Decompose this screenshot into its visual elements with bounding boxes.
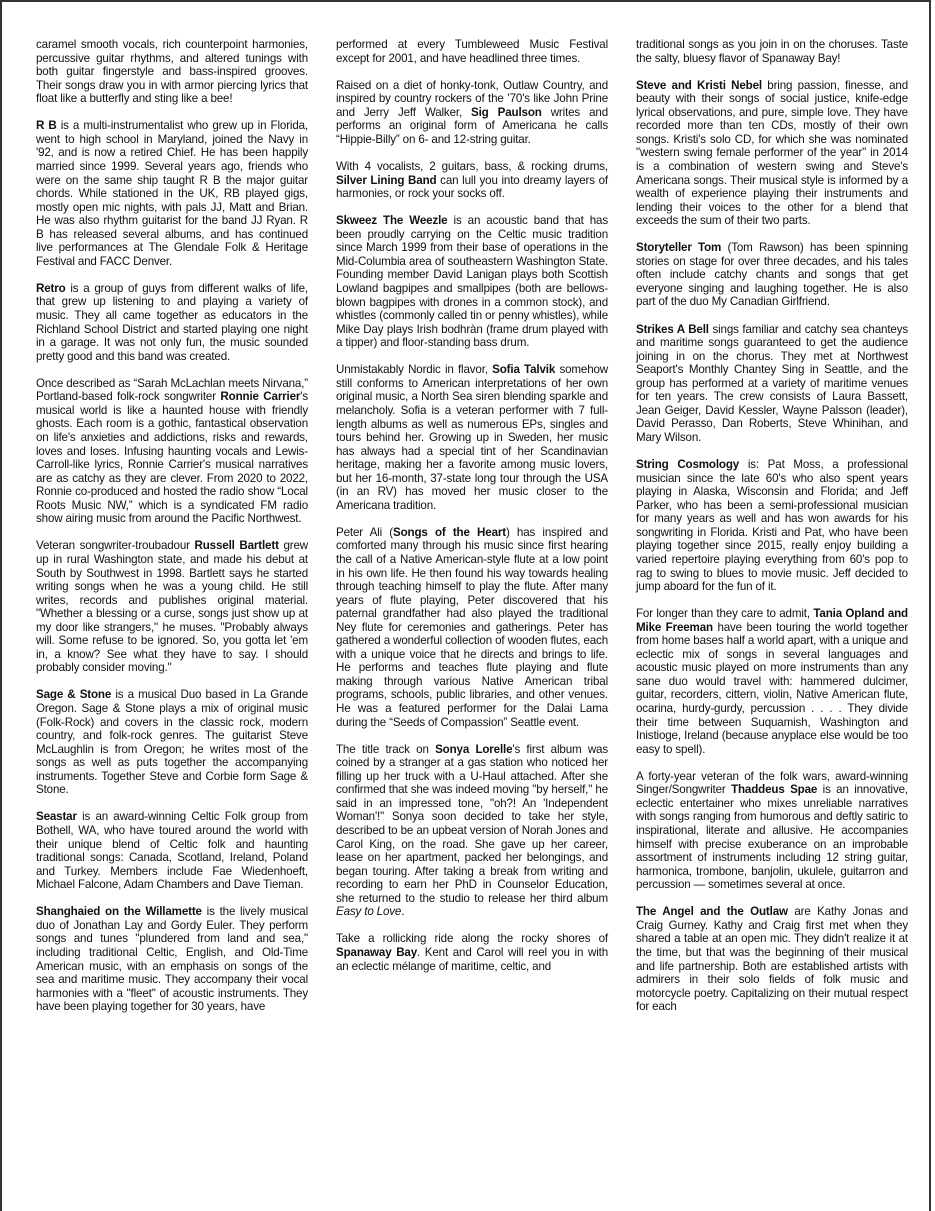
performer-name: Seastar — [36, 810, 77, 823]
performer-name: Skweez The Weezle — [336, 214, 447, 227]
performer-name: Sofia Talvik — [492, 363, 555, 376]
performer-name: Storyteller Tom — [636, 241, 721, 254]
bio-paragraph: Take a rollicking ride along the rocky s… — [336, 932, 608, 973]
performer-name: Russell Bartlett — [195, 539, 279, 552]
bio-paragraph: String Cosmology is: Pat Moss, a profess… — [636, 458, 908, 593]
bio-paragraph: Shanghaied on the Willamette is the live… — [36, 905, 308, 1013]
performer-name: Sage & Stone — [36, 688, 111, 701]
bio-paragraph: Retro is a group of guys from different … — [36, 282, 308, 363]
column-3: traditional songs as you join in on the … — [636, 38, 908, 1198]
bio-paragraph: caramel smooth vocals, rich counterpoint… — [36, 38, 308, 106]
three-column-layout: caramel smooth vocals, rich counterpoint… — [36, 38, 908, 1198]
bio-paragraph: Peter Ali (Songs of the Heart) has inspi… — [336, 526, 608, 729]
bio-paragraph: Raised on a diet of honky-tonk, Outlaw C… — [336, 79, 608, 147]
bio-paragraph: Storyteller Tom (Tom Rawson) has been sp… — [636, 241, 908, 309]
bio-paragraph: Skweez The Weezle is an acoustic band th… — [336, 214, 608, 349]
bio-paragraph: Strikes A Bell sings familiar and catchy… — [636, 323, 908, 445]
performer-name: String Cosmology — [636, 458, 739, 471]
bio-paragraph: The Angel and the Outlaw are Kathy Jonas… — [636, 905, 908, 1013]
bio-paragraph: With 4 vocalists, 2 guitars, bass, & roc… — [336, 160, 608, 201]
bio-paragraph: Veteran songwriter-troubadour Russell Ba… — [36, 539, 308, 674]
bio-paragraph: Seastar is an award-winning Celtic Folk … — [36, 810, 308, 891]
bio-paragraph: Sage & Stone is a musical Duo based in L… — [36, 688, 308, 796]
bio-paragraph: R B is a multi-instrumentalist who grew … — [36, 119, 308, 268]
bio-paragraph: A forty-year veteran of the folk wars, a… — [636, 770, 908, 892]
performer-name: Shanghaied on the Willamette — [36, 905, 202, 918]
performer-name: Sonya Lorelle — [435, 743, 512, 756]
performer-name: Ronnie Carrier — [220, 390, 300, 403]
column-2: performed at every Tumbleweed Music Fest… — [336, 38, 608, 1198]
performer-name: Thaddeus Spae — [731, 783, 817, 796]
bio-paragraph: performed at every Tumbleweed Music Fest… — [336, 38, 608, 65]
bio-paragraph: Unmistakably Nordic in flavor, Sofia Tal… — [336, 363, 608, 512]
performer-name: Spanaway Bay — [336, 946, 417, 959]
performer-name: R B — [36, 119, 57, 132]
bio-paragraph: The title track on Sonya Lorelle's first… — [336, 743, 608, 919]
performer-name: Silver Lining Band — [336, 174, 436, 187]
bio-paragraph: Once described as “Sarah McLachlan meets… — [36, 377, 308, 526]
performer-name: The Angel and the Outlaw — [636, 905, 788, 918]
album-title: Easy to Love — [336, 905, 401, 918]
column-1: caramel smooth vocals, rich counterpoint… — [36, 38, 308, 1198]
performer-name: Sig Paulson — [471, 106, 542, 119]
bio-paragraph: For longer than they care to admit, Tani… — [636, 607, 908, 756]
bio-paragraph: traditional songs as you join in on the … — [636, 38, 908, 65]
document-page: caramel smooth vocals, rich counterpoint… — [0, 0, 931, 1211]
performer-name: Steve and Kristi Nebel — [636, 79, 762, 92]
performer-name: Songs of the Heart — [393, 526, 506, 539]
performer-name: Strikes A Bell — [636, 323, 709, 336]
performer-name: Retro — [36, 282, 66, 295]
bio-paragraph: Steve and Kristi Nebel bring passion, fi… — [636, 79, 908, 228]
